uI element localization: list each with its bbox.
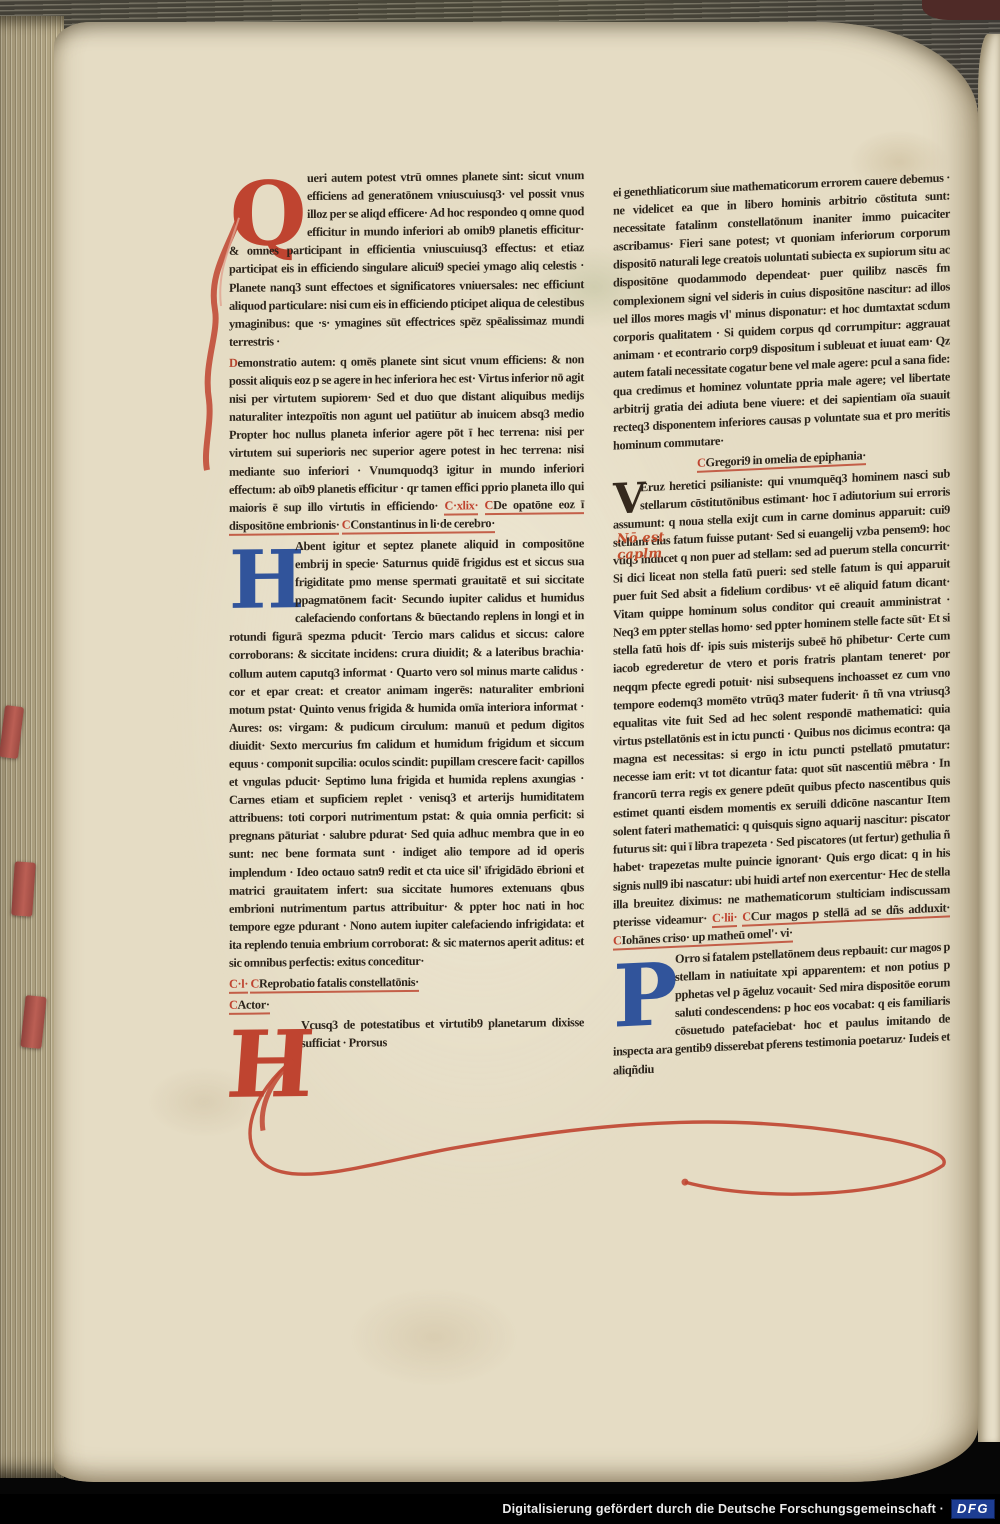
rubric-source: CConstantinus in li·de cerebro· bbox=[342, 516, 495, 535]
rubric-text: Constantinus in li·de cerebro· bbox=[350, 516, 495, 532]
marginal-note-line: caplm bbox=[617, 546, 665, 564]
next-page-sliver bbox=[978, 34, 1000, 1442]
marginal-note-line: Nō est bbox=[616, 530, 664, 548]
body-text: ei genethliaticorum siue mathematicorum … bbox=[613, 170, 950, 453]
paragraph-genethliaci: ei genethliaticorum siue mathematicorum … bbox=[613, 168, 950, 455]
illuminated-initial-P-blue: P bbox=[613, 950, 675, 1026]
body-text: Demonstratio autem: q omēs planete sint … bbox=[229, 352, 584, 514]
capitulum-mark: C bbox=[613, 933, 622, 947]
left-text-column: Q ueri autem potest vtrū omnes planete s… bbox=[229, 166, 584, 1205]
initial-V: V bbox=[613, 478, 640, 515]
paragraph-hucusque: H Vcusq3 de potestatibus et virtutib9 pl… bbox=[229, 1013, 584, 1053]
rubric-text: Iohānes criso· up matheū omel'· vi· bbox=[622, 925, 793, 947]
capitulum-mark: C bbox=[250, 977, 259, 991]
capitulum-mark: C bbox=[697, 456, 706, 470]
rubric-title: CReprobatio fatalis constellatōnis· bbox=[250, 975, 418, 994]
rubric-text: Reprobatio fatalis constellatōnis· bbox=[259, 975, 419, 991]
body-text: Vcusq3 de potestatibus et virtutib9 plan… bbox=[301, 1015, 584, 1050]
paragraph-habent: H Abent igitur et septez planete aliquid… bbox=[229, 534, 584, 972]
paragraph-queri: Q ueri autem potest vtrū omnes planete s… bbox=[229, 166, 584, 351]
capitulum-mark: C bbox=[485, 498, 494, 512]
manuscript-scan: Q ueri autem potest vtrū omnes planete s… bbox=[0, 0, 1000, 1524]
binding-corner bbox=[922, 0, 1000, 20]
rubric-chapter-number: C·xlix· bbox=[444, 498, 478, 515]
illuminated-initial-H-red: H bbox=[228, 1016, 303, 1055]
red-bookmark-tab bbox=[11, 861, 36, 916]
digitization-caption-bar: Digitalisierung gefördert durch die Deut… bbox=[0, 1494, 1000, 1524]
capitulum-mark: C bbox=[742, 909, 751, 923]
caption-text: Digitalisierung gefördert durch die Deut… bbox=[502, 1502, 944, 1516]
illuminated-initial-Q: Q bbox=[229, 169, 307, 226]
paragraph-porro: P Orro si fatalem pstellatōnem deus repb… bbox=[613, 937, 950, 1079]
rubric-text: Gregori9 in omelia de epiphania· bbox=[706, 449, 867, 470]
rubric-chapter-number: C·l· bbox=[229, 977, 248, 994]
rubric-line-reprobatio: C·l· CReprobatio fatalis constellatōnis· bbox=[229, 971, 584, 993]
marginal-note: Nō est caplm bbox=[616, 530, 665, 564]
paragraph-demonstratio: Demonstratio autem: q omēs planete sint … bbox=[229, 350, 584, 535]
illuminated-initial-H-blue: H bbox=[229, 537, 295, 611]
dfg-logo: DFG bbox=[951, 1499, 995, 1519]
right-text-column: ei genethliaticorum siue mathematicorum … bbox=[613, 168, 950, 1082]
rubric-chapter-number: C·lii· bbox=[712, 910, 737, 928]
